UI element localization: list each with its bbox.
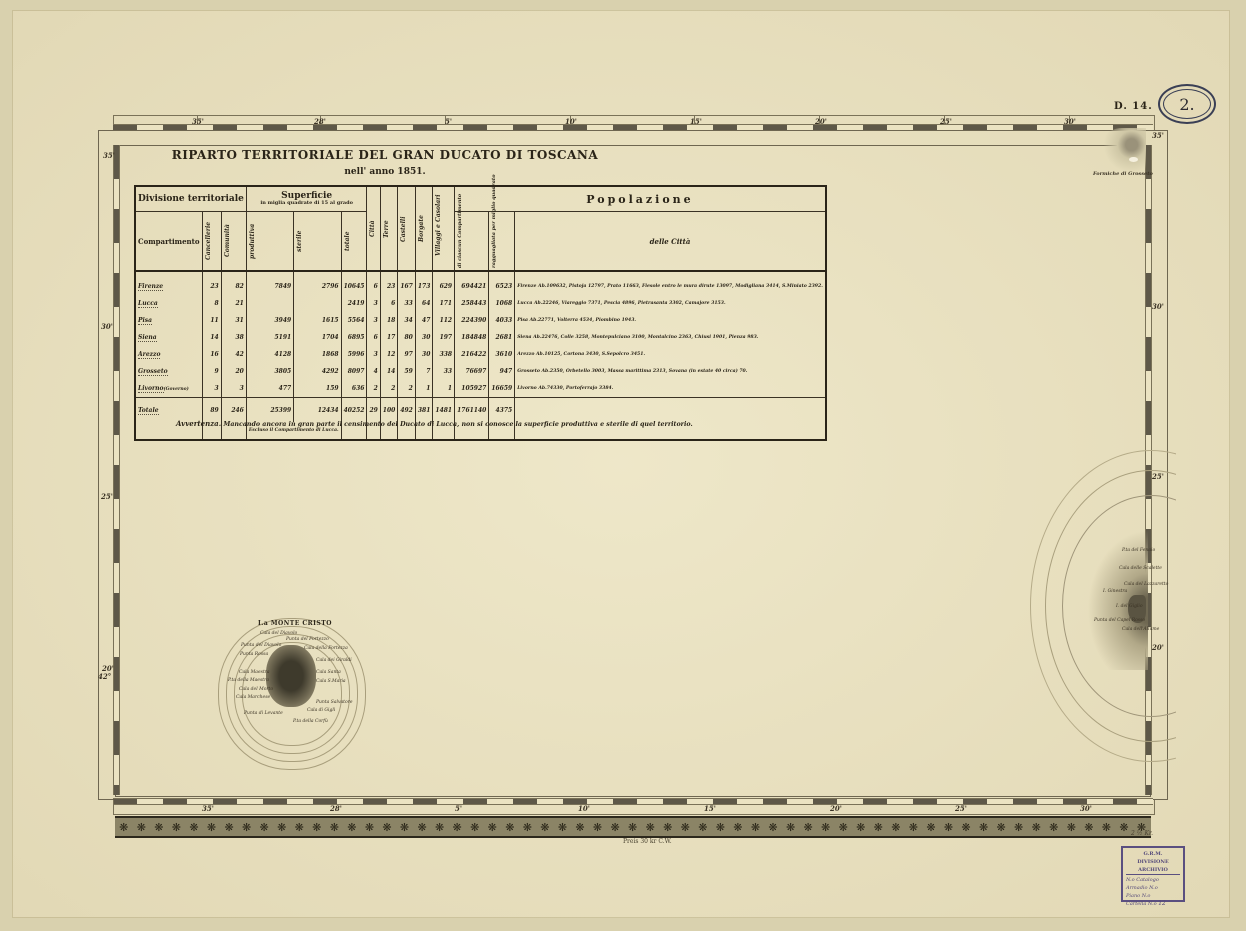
flower-ornament-icon: ❋ <box>891 822 900 833</box>
montecristo-label: Cala dei Giraldi <box>316 658 352 663</box>
flower-ornament-icon: ❋ <box>1032 822 1041 833</box>
flower-ornament-icon: ❋ <box>733 822 742 833</box>
flower-ornament-icon: ❋ <box>154 822 163 833</box>
table-row: Firenze 23 82 7849 2796 10645 6 23 167 1… <box>135 271 826 295</box>
giglio-label: Cala delle Scalette <box>1119 566 1162 571</box>
left-scale-bar <box>113 145 120 795</box>
header-surface-title: Superficie <box>249 192 365 200</box>
flower-ornament-icon: ❋ <box>926 822 935 833</box>
bottom-tick: 20' <box>830 804 842 813</box>
montecristo-label: Cala di Gigli <box>307 708 335 713</box>
cell-produttiva: 4128 <box>246 346 293 363</box>
col-produttiva: produttiva <box>249 212 256 270</box>
cell-cancellerie: 8 <box>202 295 221 312</box>
flower-ornament-icon: ❋ <box>505 822 514 833</box>
cell-totale: 2419 <box>341 295 367 312</box>
montecristo-island <box>266 645 316 707</box>
flower-ornament-icon: ❋ <box>189 822 198 833</box>
cell-pop: 258443 <box>455 295 489 312</box>
col-totale: totale <box>344 212 351 270</box>
cell-cancellerie: 16 <box>202 346 221 363</box>
montecristo-label: Cala del Morto <box>239 687 273 692</box>
table-row: Livorno(Governo) 3 3 477 159 636 2 2 2 1… <box>135 380 826 398</box>
cell-villaggi: 629 <box>433 271 455 295</box>
flower-ornament-icon: ❋ <box>1102 822 1111 833</box>
col-cancellerie: Cancellerie <box>205 212 212 270</box>
header-surface-note: in miglia quadrate di 15 al grado <box>249 200 365 206</box>
giglio-label: Punta del Capel Rosso <box>1094 618 1145 623</box>
flower-ornament-icon: ❋ <box>663 822 672 833</box>
cell-castelli: 80 <box>398 329 416 346</box>
flower-ornament-icon: ❋ <box>716 822 725 833</box>
montecristo-label: Punta del Diavolo <box>241 643 281 648</box>
top-tick: 28' <box>314 117 326 126</box>
montecristo-label: Punta di Levante <box>244 711 283 716</box>
col-comunita: Comunità <box>224 212 231 270</box>
col-sterile: sterile <box>296 212 303 270</box>
header-division: Divisione territoriale <box>135 186 246 212</box>
flower-ornament-icon: ❋ <box>417 822 426 833</box>
montecristo-label: Cala della Fortezza <box>304 646 348 651</box>
top-tick: 25' <box>940 117 952 126</box>
cell-citta: 3 <box>367 312 380 329</box>
cell-comunita: 42 <box>221 346 246 363</box>
flower-ornament-icon: ❋ <box>593 822 602 833</box>
row-name: Livorno <box>138 385 164 393</box>
row-name: Lucca <box>138 300 158 308</box>
archive-stamp-row: Piano N.o <box>1126 892 1180 900</box>
montecristo-label: P.ta della Corfù <box>293 719 328 724</box>
cell-borgate: 7 <box>415 363 433 380</box>
montecristo-label: Cala Maestra <box>239 670 270 675</box>
cell-cities: Siena Ab.22476, Colle 3258, Montepulcian… <box>515 329 826 346</box>
cell-villaggi: 33 <box>433 363 455 380</box>
row-name: Pisa <box>138 317 152 325</box>
bottom-tick: 5' <box>455 804 462 813</box>
cell-sterile <box>294 295 341 312</box>
cell-cities: Firenze Ab.109632, Pistoja 12797, Prato … <box>515 271 826 295</box>
map-title: RIPARTO TERRITORIALE DEL GRAN DUCATO DI … <box>120 148 650 162</box>
top-tick: 15' <box>690 117 702 126</box>
cell-citta: 6 <box>367 329 380 346</box>
cell-per-miglio: 16659 <box>489 380 515 398</box>
flower-ornament-icon: ❋ <box>435 822 444 833</box>
bottom-tick: 10' <box>578 804 590 813</box>
cell-castelli: 59 <box>398 363 416 380</box>
formiche-label: Formiche di Grosseto <box>1093 171 1153 177</box>
montecristo-label: Punta del Fortezzo <box>286 637 329 642</box>
cell-terre: 12 <box>380 346 398 363</box>
top-tick: 35' <box>192 117 204 126</box>
cell-terre: 2 <box>380 380 398 398</box>
formiche-contours <box>1098 128 1146 176</box>
cell-citta: 4 <box>367 363 380 380</box>
cell-per-miglio: 947 <box>489 363 515 380</box>
flower-ornament-icon: ❋ <box>347 822 356 833</box>
cell-sterile: 159 <box>294 380 341 398</box>
flower-ornament-icon: ❋ <box>1049 822 1058 833</box>
warning-label: Avvertenza. <box>176 419 221 428</box>
montecristo-label: Cala S.Maria <box>316 679 346 684</box>
cell-castelli: 167 <box>398 271 416 295</box>
cell-cities: Grosseto Ab.2350, Orbetello 3003, Massa … <box>515 363 826 380</box>
flower-ornament-icon: ❋ <box>628 822 637 833</box>
flower-ornament-icon: ❋ <box>137 822 146 833</box>
bottom-note: 2 ½ Kr. <box>1131 830 1153 837</box>
flower-ornament-icon: ❋ <box>839 822 848 833</box>
montecristo-label: Cala Marchese <box>236 695 270 700</box>
archive-stamp-row: Armadio N.o <box>1126 884 1180 892</box>
flower-ornament-icon: ❋ <box>260 822 269 833</box>
flower-ornament-icon: ❋ <box>312 822 321 833</box>
cell-terre: 14 <box>380 363 398 380</box>
flower-ornament-icon: ❋ <box>997 822 1006 833</box>
cell-terre: 18 <box>380 312 398 329</box>
header-surface: Superficie in miglia quadrate di 15 al g… <box>246 186 367 212</box>
cell-villaggi: 112 <box>433 312 455 329</box>
cell-borgate: 47 <box>415 312 433 329</box>
giglio-label: I. del Giglio <box>1116 604 1143 609</box>
archive-stamp-row-label: Cartella N.o <box>1126 901 1157 907</box>
cell-terre: 17 <box>380 329 398 346</box>
archive-stamp-cartella-value: 12 <box>1158 900 1166 907</box>
row-name-note: (Governo) <box>164 387 189 392</box>
col-pop-miglio: ragguagliata per miglio quadrato <box>491 212 497 270</box>
flower-ornament-icon: ❋ <box>768 822 777 833</box>
flower-ornament-icon: ❋ <box>856 822 865 833</box>
cell-cities: Livorno Ab.74330, Portoferrajo 3384. <box>515 380 826 398</box>
cell-cancellerie: 9 <box>202 363 221 380</box>
archive-stamp-row: Cartella N.o 12 <box>1126 900 1180 908</box>
cell-per-miglio: 6523 <box>489 271 515 295</box>
top-tick: 10' <box>565 117 577 126</box>
left-tick: 30' <box>101 322 113 331</box>
cell-comunita: 31 <box>221 312 246 329</box>
flower-ornament-icon: ❋ <box>575 822 584 833</box>
flower-ornament-icon: ❋ <box>470 822 479 833</box>
cell-comunita: 3 <box>221 380 246 398</box>
table-row: Pisa 11 31 3949 1615 5564 3 18 34 47 112… <box>135 312 826 329</box>
sheet-code: D. 14. <box>1114 101 1153 112</box>
giglio-label: Cala del Lazzaretto <box>1124 582 1168 587</box>
montecristo-label: Cala del Diavolo <box>260 631 297 636</box>
library-stamp: 2. <box>1158 84 1216 124</box>
col-borgate: Borgate <box>418 200 425 258</box>
top-tick: 5' <box>445 117 452 126</box>
flower-ornament-icon: ❋ <box>295 822 304 833</box>
flower-ornament-icon: ❋ <box>488 822 497 833</box>
flower-ornament-icon: ❋ <box>803 822 812 833</box>
archive-stamp-head2: DIVISIONE ARCHIVIO <box>1126 858 1180 875</box>
bottom-tick: 15' <box>704 804 716 813</box>
bottom-tick: 30' <box>1080 804 1092 813</box>
cell-villaggi: 171 <box>433 295 455 312</box>
flower-ornament-icon: ❋ <box>610 822 619 833</box>
header-population: Popolazione <box>455 186 826 212</box>
row-name: Siena <box>138 334 157 342</box>
cell-pop: 184848 <box>455 329 489 346</box>
cell-pop: 105927 <box>455 380 489 398</box>
cell-cancellerie: 3 <box>202 380 221 398</box>
flower-ornament-icon: ❋ <box>821 822 830 833</box>
decorative-border: ❋❋❋❋❋❋❋❋❋❋ ❋❋❋❋❋❋❋❋❋❋ ❋❋❋❋❋❋❋❋❋❋ ❋❋❋❋❋❋❋… <box>115 816 1151 838</box>
flower-ornament-icon: ❋ <box>909 822 918 833</box>
top-tick: 20' <box>815 117 827 126</box>
cell-produttiva: 3805 <box>246 363 293 380</box>
cell-totale: 10645 <box>341 271 367 295</box>
cell-borgate: 173 <box>415 271 433 295</box>
cell-sterile: 1615 <box>294 312 341 329</box>
flower-ornament-icon: ❋ <box>523 822 532 833</box>
cell-comunita: 82 <box>221 271 246 295</box>
left-tick: 35' <box>103 151 115 160</box>
flower-ornament-icon: ❋ <box>646 822 655 833</box>
archive-stamp-head1: G.R.M. <box>1126 850 1180 858</box>
formiche-island <box>1129 157 1138 162</box>
cell-citta: 3 <box>367 295 380 312</box>
flower-ornament-icon: ❋ <box>681 822 690 833</box>
montecristo-title: I.a MONTE CRISTO <box>258 620 332 627</box>
cell-castelli: 34 <box>398 312 416 329</box>
giglio-label: Cala dell'Allume <box>1122 627 1159 632</box>
giglio-label: I. Ginestra <box>1103 589 1127 594</box>
cell-pop: 694421 <box>455 271 489 295</box>
cell-borgate: 30 <box>415 346 433 363</box>
flower-ornament-icon: ❋ <box>365 822 374 833</box>
cell-comunita: 20 <box>221 363 246 380</box>
cell-totale: 8097 <box>341 363 367 380</box>
cell-pop: 216422 <box>455 346 489 363</box>
cell-produttiva: 5191 <box>246 329 293 346</box>
cell-villaggi: 197 <box>433 329 455 346</box>
map-subtitle: nell' anno 1851. <box>120 167 650 177</box>
flower-ornament-icon: ❋ <box>961 822 970 833</box>
totals-label: Totale <box>138 407 159 415</box>
row-name: Firenze <box>138 283 163 291</box>
flower-ornament-icon: ❋ <box>277 822 286 833</box>
cell-sterile: 1704 <box>294 329 341 346</box>
flower-ornament-icon: ❋ <box>207 822 216 833</box>
flower-ornament-icon: ❋ <box>979 822 988 833</box>
cell-per-miglio: 3610 <box>489 346 515 363</box>
flower-ornament-icon: ❋ <box>786 822 795 833</box>
cell-borgate: 30 <box>415 329 433 346</box>
cell-pop: 224390 <box>455 312 489 329</box>
flower-ornament-icon: ❋ <box>330 822 339 833</box>
cell-totale: 5564 <box>341 312 367 329</box>
flower-ornament-icon: ❋ <box>382 822 391 833</box>
flower-ornament-icon: ❋ <box>119 822 128 833</box>
cell-cancellerie: 14 <box>202 329 221 346</box>
left-tick: 25' <box>101 492 113 501</box>
flower-ornament-icon: ❋ <box>224 822 233 833</box>
flower-ornament-icon: ❋ <box>698 822 707 833</box>
cell-comunita: 21 <box>221 295 246 312</box>
bottom-tick: 25' <box>955 804 967 813</box>
bottom-tick: 35' <box>202 804 214 813</box>
montecristo-label: P.ta della Maestra <box>228 678 269 683</box>
flower-ornament-icon: ❋ <box>558 822 567 833</box>
col-compartimento: Compartimento <box>135 212 202 272</box>
warning-note: Avvertenza. Mancando ancora in gran part… <box>176 419 693 428</box>
table-row: Siena 14 38 5191 1704 6895 6 17 80 30 19… <box>135 329 826 346</box>
cell-castelli: 97 <box>398 346 416 363</box>
col-citta: Città <box>369 200 376 258</box>
cell-produttiva: 3949 <box>246 312 293 329</box>
cell-castelli: 33 <box>398 295 416 312</box>
cell-produttiva <box>246 295 293 312</box>
giglio-label: P.ta del Fenaio <box>1122 548 1155 553</box>
cell-totale: 636 <box>341 380 367 398</box>
flower-ornament-icon: ❋ <box>1014 822 1023 833</box>
cell-citta: 6 <box>367 271 380 295</box>
cell-cities: Pisa Ab.22771, Volterra 4534, Piombino 1… <box>515 312 826 329</box>
col-delle-citta: delle Città <box>515 212 826 272</box>
cell-cities: Lucca Ab.22246, Viareggio 7371, Pescia 4… <box>515 295 826 312</box>
cell-villaggi: 1 <box>433 380 455 398</box>
cell-terre: 23 <box>380 271 398 295</box>
cell-produttiva: 477 <box>246 380 293 398</box>
price-label: Preis 30 kr C.W. <box>623 838 672 845</box>
warning-text: Mancando ancora in gran parte il censime… <box>223 421 692 428</box>
territorial-statistics-table: Divisione territoriale Superficie in mig… <box>134 185 827 441</box>
table-row: Lucca 8 21 2419 3 6 33 64 171 258443 106… <box>135 295 826 312</box>
montecristo-label: Punta Rossa <box>240 652 268 657</box>
flower-ornament-icon: ❋ <box>540 822 549 833</box>
cell-per-miglio: 1068 <box>489 295 515 312</box>
cell-comunita: 38 <box>221 329 246 346</box>
cell-cancellerie: 23 <box>202 271 221 295</box>
cell-sterile: 4292 <box>294 363 341 380</box>
cell-per-miglio: 2681 <box>489 329 515 346</box>
table-row: Grosseto 9 20 3805 4292 8097 4 14 59 7 3… <box>135 363 826 380</box>
cell-cancellerie: 11 <box>202 312 221 329</box>
col-pop-compartimento: di ciascun Compartimento <box>457 212 463 270</box>
cell-sterile: 1868 <box>294 346 341 363</box>
cell-cities: Arezzo Ab.10125, Cortona 3430, S.Sepolcr… <box>515 346 826 363</box>
cell-villaggi: 338 <box>433 346 455 363</box>
col-castelli: Castelli <box>400 200 407 258</box>
right-tick: 35' <box>1152 131 1164 140</box>
bottom-scale-frame <box>113 800 1155 815</box>
cell-terre: 6 <box>380 295 398 312</box>
cell-borgate: 1 <box>415 380 433 398</box>
cell-totale: 5996 <box>341 346 367 363</box>
cell-per-miglio: 4033 <box>489 312 515 329</box>
flower-ornament-icon: ❋ <box>1067 822 1076 833</box>
flower-ornament-icon: ❋ <box>400 822 409 833</box>
archive-stamp: G.R.M. DIVISIONE ARCHIVIO N.o Catalogo A… <box>1121 846 1185 902</box>
flower-ornament-icon: ❋ <box>944 822 953 833</box>
flower-ornament-icon: ❋ <box>874 822 883 833</box>
col-terre: Terre <box>383 200 390 258</box>
table-row: Arezzo 16 42 4128 1868 5996 3 12 97 30 3… <box>135 346 826 363</box>
col-villaggi: Villaggi e Casolari <box>435 200 442 258</box>
cell-citta: 2 <box>367 380 380 398</box>
cell-sterile: 2796 <box>294 271 341 295</box>
bottom-tick: 28' <box>330 804 342 813</box>
row-name: Arezzo <box>138 351 160 359</box>
flower-ornament-icon: ❋ <box>242 822 251 833</box>
montecristo-label: Cala Santa <box>316 670 341 675</box>
row-name: Grosseto <box>138 368 168 376</box>
flower-ornament-icon: ❋ <box>453 822 462 833</box>
montecristo-label: Punta Salvatore <box>316 700 353 705</box>
cell-citta: 3 <box>367 346 380 363</box>
cell-borgate: 64 <box>415 295 433 312</box>
right-tick: 30' <box>1152 302 1164 311</box>
flower-ornament-icon: ❋ <box>1119 822 1128 833</box>
left-degree-label: 42° <box>98 672 111 681</box>
cell-castelli: 2 <box>398 380 416 398</box>
cell-produttiva: 7849 <box>246 271 293 295</box>
flower-ornament-icon: ❋ <box>1084 822 1093 833</box>
cell-totale: 6895 <box>341 329 367 346</box>
flower-ornament-icon: ❋ <box>751 822 760 833</box>
flower-ornament-icon: ❋ <box>172 822 181 833</box>
archive-stamp-row: N.o Catalogo <box>1126 876 1180 884</box>
stamp-number: 2. <box>1179 95 1194 114</box>
top-tick: 30' <box>1064 117 1076 126</box>
cell-pop: 76697 <box>455 363 489 380</box>
